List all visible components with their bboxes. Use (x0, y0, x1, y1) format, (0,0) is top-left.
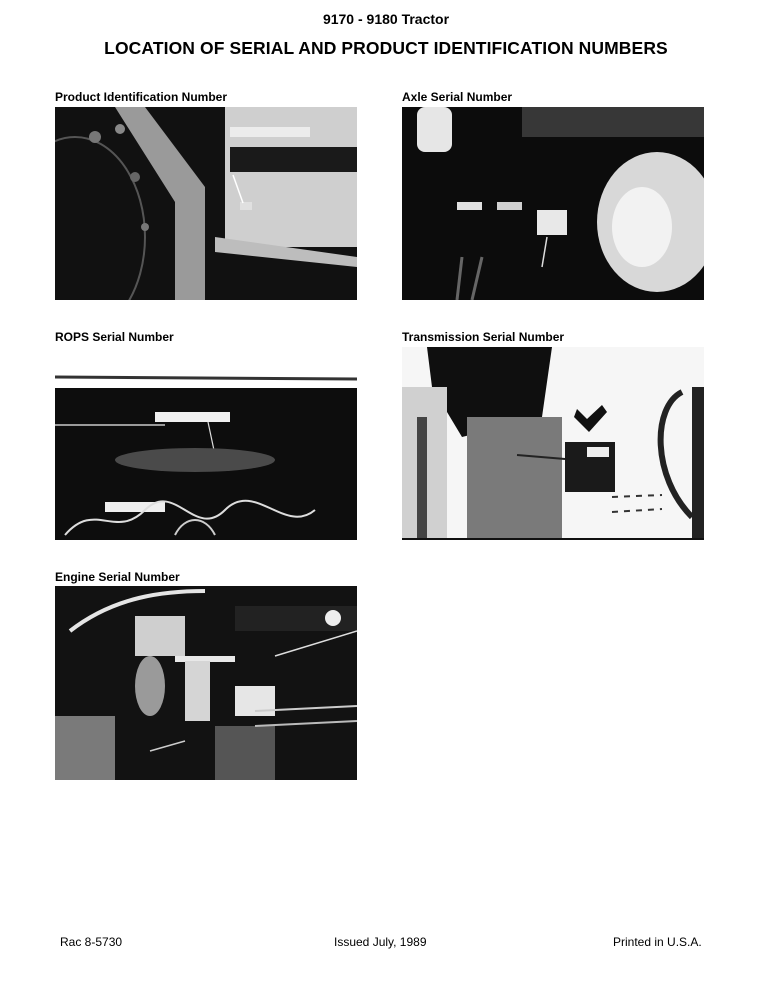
figure-transmission-serial: Transmission Serial Number (402, 330, 704, 542)
document-title: LOCATION OF SERIAL AND PRODUCT IDENTIFIC… (0, 38, 772, 59)
footer-print-location: Printed in U.S.A. (613, 935, 702, 949)
figure-caption: Product Identification Number (55, 90, 227, 104)
footer-issue-date: Issued July, 1989 (334, 935, 427, 949)
photo-engine-serial-location (55, 586, 357, 780)
figure-rops-serial: ROPS Serial Number (55, 330, 357, 542)
photo-axle-serial-location (402, 107, 704, 300)
figure-caption: Transmission Serial Number (402, 330, 564, 344)
footer-document-number: Rac 8-5730 (60, 935, 122, 949)
photo-product-id-location (55, 107, 357, 300)
photo-transmission-serial-location (402, 347, 704, 540)
photo-rops-serial-location (55, 350, 357, 540)
figure-caption: ROPS Serial Number (55, 330, 174, 344)
figure-caption: Engine Serial Number (55, 570, 180, 584)
figure-axle-serial: Axle Serial Number (402, 90, 704, 302)
figure-product-id: Product Identification Number (55, 90, 357, 302)
figure-engine-serial: Engine Serial Number (55, 570, 357, 782)
figure-caption: Axle Serial Number (402, 90, 512, 104)
document-subtitle: 9170 - 9180 Tractor (0, 11, 772, 27)
